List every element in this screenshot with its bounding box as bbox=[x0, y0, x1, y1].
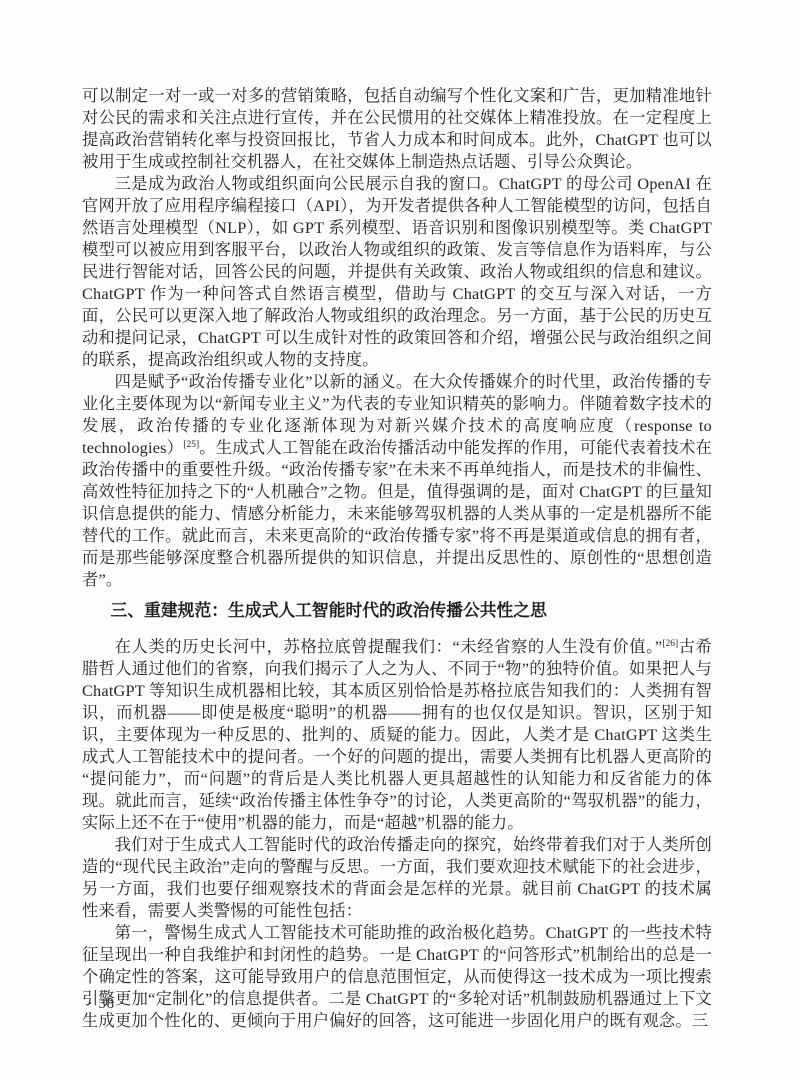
paragraph-polarization-risk: 第一，警惕生成式人工智能技术可能助推的政治极化趋势。ChatGPT 的一些技术特… bbox=[82, 922, 712, 1032]
paragraph-text: 在人类的历史长河中，苏格拉底曾提醒我们：“未经省察的人生没有价值。” bbox=[115, 637, 663, 656]
paragraph-democracy-warning: 我们对于生成式人工智能时代的政治传播走向的探究，始终带着我们对于人类所创造的“现… bbox=[82, 834, 712, 922]
document-page: 可以制定一对一或一对多的营销策略，包括自动编写个性化文案和广告，更加精准地针对公… bbox=[0, 0, 793, 1077]
page-body-text: 可以制定一对一或一对多的营销策略，包括自动编写个性化文案和广告，更加精准地针对公… bbox=[82, 85, 712, 1032]
page-number: · 38 · bbox=[88, 996, 125, 1013]
paragraph-professionalization: 四是赋予“政治传播专业化”以新的涵义。在大众传播媒介的时代里，政治传播的专业化主… bbox=[82, 371, 712, 591]
footnote-ref-25: [25] bbox=[183, 440, 199, 450]
paragraph-citizen-window: 三是成为政治人物或组织面向公民展示自我的窗口。ChatGPT 的母公司 Open… bbox=[82, 173, 712, 371]
footnote-ref-26: [26] bbox=[662, 639, 678, 649]
section-heading: 三、重建规范：生成式人工智能时代的政治传播公共性之思 bbox=[82, 600, 712, 622]
paragraph-text: 古希腊哲人通过他们的省察，向我们揭示了人之为人、不同于“物”的独特价值。如果把人… bbox=[82, 637, 712, 832]
paragraph-text: 。生成式人工智能在政治传播活动中能发挥的作用，可能代表着技术在政治传播中的重要性… bbox=[82, 438, 712, 589]
paragraph-socrates-reflection: 在人类的历史长河中，苏格拉底曾提醒我们：“未经省察的人生没有价值。”[26]古希… bbox=[82, 636, 712, 834]
paragraph-political-marketing: 可以制定一对一或一对多的营销策略，包括自动编写个性化文案和广告，更加精准地针对公… bbox=[82, 85, 712, 173]
